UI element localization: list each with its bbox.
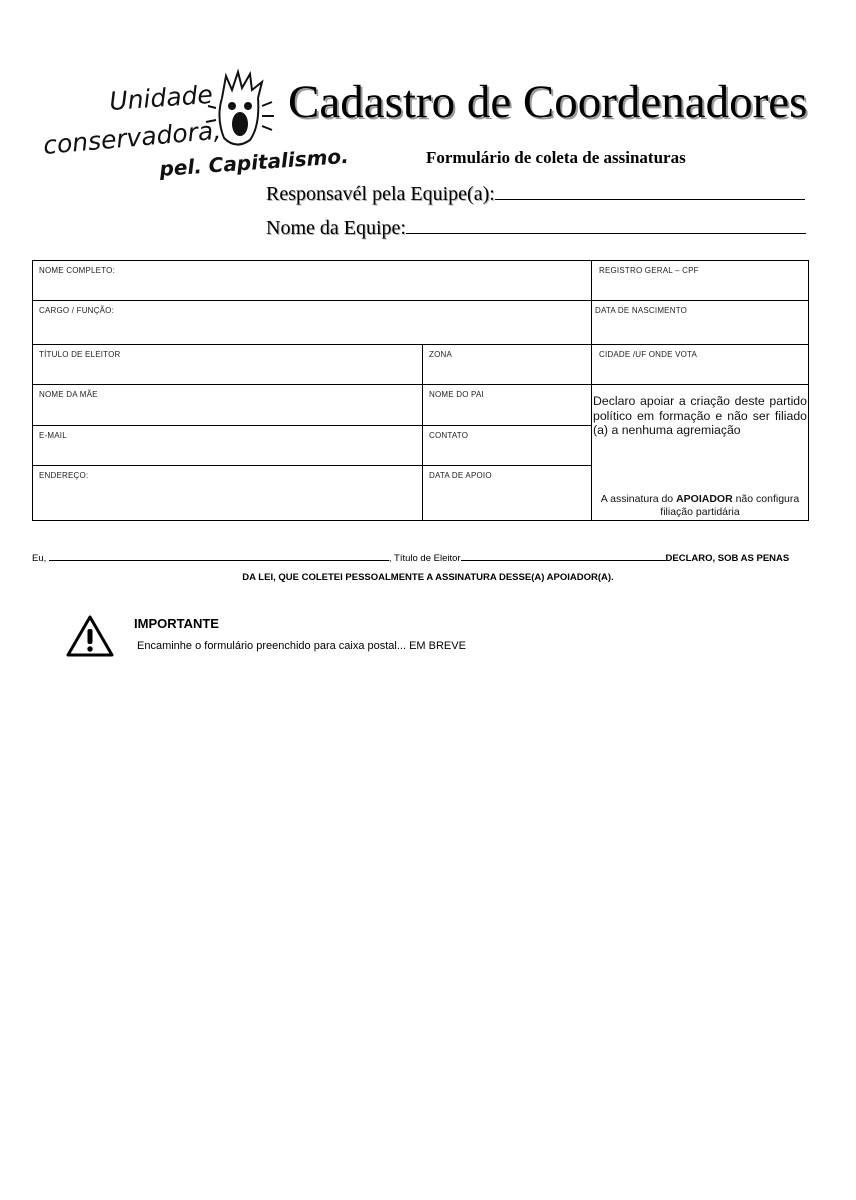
page-title: Cadastro de Coordenadores bbox=[288, 74, 807, 130]
zone-field[interactable]: ZONA bbox=[422, 344, 592, 385]
team-responsible-label: Responsavél pela Equipe(a): bbox=[266, 183, 495, 205]
declaration-text: Declaro apoiar a criação deste partido p… bbox=[593, 394, 807, 438]
team-responsible-field[interactable] bbox=[495, 181, 805, 200]
email-label: E-MAIL bbox=[39, 431, 67, 440]
logo-text-line3: pel. Capitalismo. bbox=[158, 144, 350, 181]
logo-text-line1: Unidade bbox=[108, 80, 213, 116]
city-state-field[interactable]: CIDADE /UF ONDE VOTA bbox=[591, 344, 809, 385]
important-text: Encaminhe o formulário preenchido para c… bbox=[137, 639, 466, 653]
zone-label: ZONA bbox=[429, 350, 452, 359]
birth-date-field[interactable]: DATA DE NASCIMENTO bbox=[591, 300, 809, 345]
support-date-label: DATA DE APOIO bbox=[429, 471, 492, 480]
collector-statement: Eu, , Título de EleitorDECLARO, SOB AS P… bbox=[32, 551, 789, 565]
collector-voter-title-field[interactable] bbox=[461, 551, 666, 561]
father-name-field[interactable]: NOME DO PAI bbox=[422, 384, 592, 426]
declaration-box: Declaro apoiar a criação deste partido p… bbox=[591, 384, 809, 521]
supporter-form: NOME COMPLETO: REGISTRO GERAL – CPF CARG… bbox=[32, 260, 809, 521]
full-name-field[interactable]: NOME COMPLETO: bbox=[32, 260, 592, 301]
email-field[interactable]: E-MAIL bbox=[32, 425, 423, 466]
voter-title-label: TÍTULO DE ELEITOR bbox=[39, 350, 121, 359]
declaration-note: A assinatura do APOIADOR não configura f… bbox=[592, 493, 808, 519]
note-text-pre: A assinatura do bbox=[601, 493, 676, 505]
role-field[interactable]: CARGO / FUNÇÃO: bbox=[32, 300, 592, 345]
full-name-label: NOME COMPLETO: bbox=[39, 266, 115, 275]
collector-name-field[interactable] bbox=[49, 551, 389, 561]
role-label: CARGO / FUNÇÃO: bbox=[39, 306, 114, 315]
warning-icon bbox=[66, 614, 114, 658]
team-name-row: Nome da Equipe: bbox=[266, 215, 806, 240]
cpf-field[interactable]: REGISTRO GERAL – CPF bbox=[591, 260, 809, 301]
logo-text-line2: conservadora, bbox=[42, 116, 222, 160]
mother-name-field[interactable]: NOME DA MÃE bbox=[32, 384, 423, 426]
support-date-field[interactable]: DATA DE APOIO bbox=[422, 465, 592, 521]
contact-label: CONTATO bbox=[429, 431, 468, 440]
cpf-label: REGISTRO GERAL – CPF bbox=[599, 266, 699, 275]
statement-declare: DECLARO, SOB AS PENAS bbox=[666, 553, 790, 564]
team-name-field[interactable] bbox=[406, 215, 806, 234]
father-name-label: NOME DO PAI bbox=[429, 390, 484, 399]
birth-date-label: DATA DE NASCIMENTO bbox=[595, 306, 687, 315]
address-field[interactable]: ENDEREÇO: bbox=[32, 465, 423, 521]
city-state-label: CIDADE /UF ONDE VOTA bbox=[599, 350, 697, 359]
voter-title-field[interactable]: TÍTULO DE ELEITOR bbox=[32, 344, 423, 385]
team-name-label: Nome da Equipe: bbox=[266, 217, 406, 239]
important-title: IMPORTANTE bbox=[134, 616, 219, 632]
team-responsible-row: Responsavél pela Equipe(a): bbox=[266, 181, 805, 206]
statement-eu: Eu, bbox=[32, 553, 46, 564]
form-subtitle: Formulário de coleta de assinaturas bbox=[426, 147, 686, 169]
statement-line2: DA LEI, QUE COLETEI PESSOALMENTE A ASSIN… bbox=[0, 572, 856, 584]
address-label: ENDEREÇO: bbox=[39, 471, 88, 480]
contact-field[interactable]: CONTATO bbox=[422, 425, 592, 466]
note-text-bold: APOIADOR bbox=[676, 493, 733, 505]
mother-name-label: NOME DA MÃE bbox=[39, 390, 98, 399]
statement-voter-title-label: , Título de Eleitor bbox=[389, 553, 461, 564]
